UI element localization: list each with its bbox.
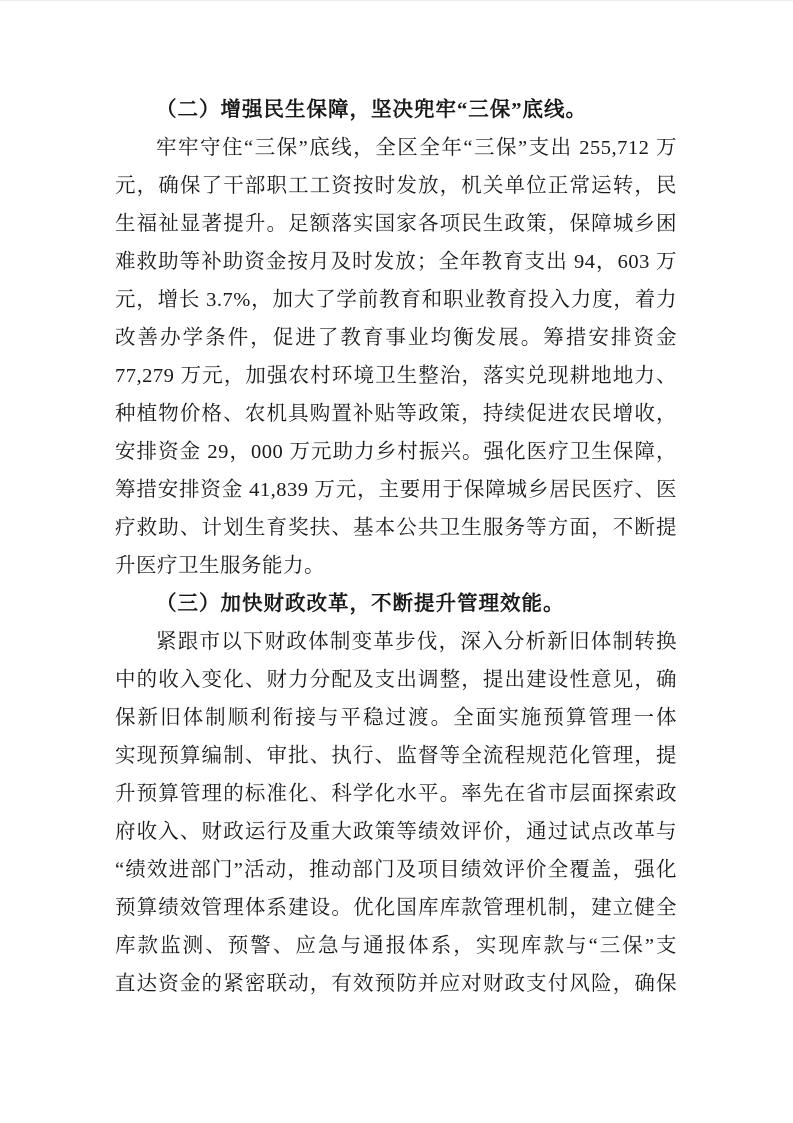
- text-line: 77,279 万元，加强农村环境卫生整治，落实兑现耕地地力、: [115, 357, 677, 395]
- text-line: 库款监测、预警、应急与通报体系，实现库款与“三保”支出、: [115, 927, 677, 965]
- text-line: 预算绩效管理体系建设。优化国库库款管理机制，建立健全: [115, 889, 677, 927]
- text-line: 安排资金 29，000 万元助力乡村振兴。强化医疗卫生保障，: [115, 433, 677, 471]
- document-content: （二）增强民生保障，坚决兜牢“三保”底线。牢牢守住“三保”底线，全区全年“三保”…: [115, 91, 677, 1003]
- text-line: （三）加快财政改革，不断提升管理效能。: [115, 585, 677, 623]
- text-line: 直达资金的紧密联动，有效预防并应对财政支付风险，确保: [115, 965, 677, 1003]
- section-heading: （二）增强民生保障，坚决兜牢“三保”底线。: [115, 91, 677, 129]
- text-line: “绩效进部门”活动，推动部门及项目绩效评价全覆盖，强化: [115, 851, 677, 889]
- text-line: 元，确保了干部职工工资按时发放，机关单位正常运转，民: [115, 167, 677, 205]
- text-line: 改善办学条件，促进了教育事业均衡发展。筹措安排资金: [115, 319, 677, 357]
- text-line: 难救助等补助资金按月及时发放；全年教育支出 94，603 万: [115, 243, 677, 281]
- text-line: 疗救助、计划生育奖扶、基本公共卫生服务等方面，不断提: [115, 509, 677, 547]
- text-line: 筹措安排资金 41,839 万元，主要用于保障城乡居民医疗、医: [115, 471, 677, 509]
- text-line: 紧跟市以下财政体制变革步伐，深入分析新旧体制转换: [115, 623, 677, 661]
- text-line: 牢牢守住“三保”底线，全区全年“三保”支出 255,712 万: [115, 129, 677, 167]
- text-line: 中的收入变化、财力分配及支出调整，提出建设性意见，确: [115, 661, 677, 699]
- text-line: 升医疗卫生服务能力。: [115, 547, 677, 585]
- text-line: 元，增长 3.7%，加大了学前教育和职业教育投入力度，着力: [115, 281, 677, 319]
- text-line: 保新旧体制顺利衔接与平稳过渡。全面实施预算管理一体化，: [115, 699, 677, 737]
- text-line: 生福祉显著提升。足额落实国家各项民生政策，保障城乡困: [115, 205, 677, 243]
- text-line: 府收入、财政运行及重大政策等绩效评价，通过试点改革与: [115, 813, 677, 851]
- text-line: 种植物价格、农机具购置补贴等政策，持续促进农民增收，: [115, 395, 677, 433]
- paragraph: 牢牢守住“三保”底线，全区全年“三保”支出 255,712 万元，确保了干部职工…: [115, 129, 677, 585]
- text-line: 升预算管理的标准化、科学化水平。率先在省市层面探索政: [115, 775, 677, 813]
- text-line: （二）增强民生保障，坚决兜牢“三保”底线。: [115, 91, 677, 129]
- section-heading: （三）加快财政改革，不断提升管理效能。: [115, 585, 677, 623]
- paragraph: 紧跟市以下财政体制变革步伐，深入分析新旧体制转换中的收入变化、财力分配及支出调整…: [115, 623, 677, 1003]
- text-line: 实现预算编制、审批、执行、监督等全流程规范化管理，提: [115, 737, 677, 775]
- document-page: （二）增强民生保障，坚决兜牢“三保”底线。牢牢守住“三保”底线，全区全年“三保”…: [0, 0, 793, 1123]
